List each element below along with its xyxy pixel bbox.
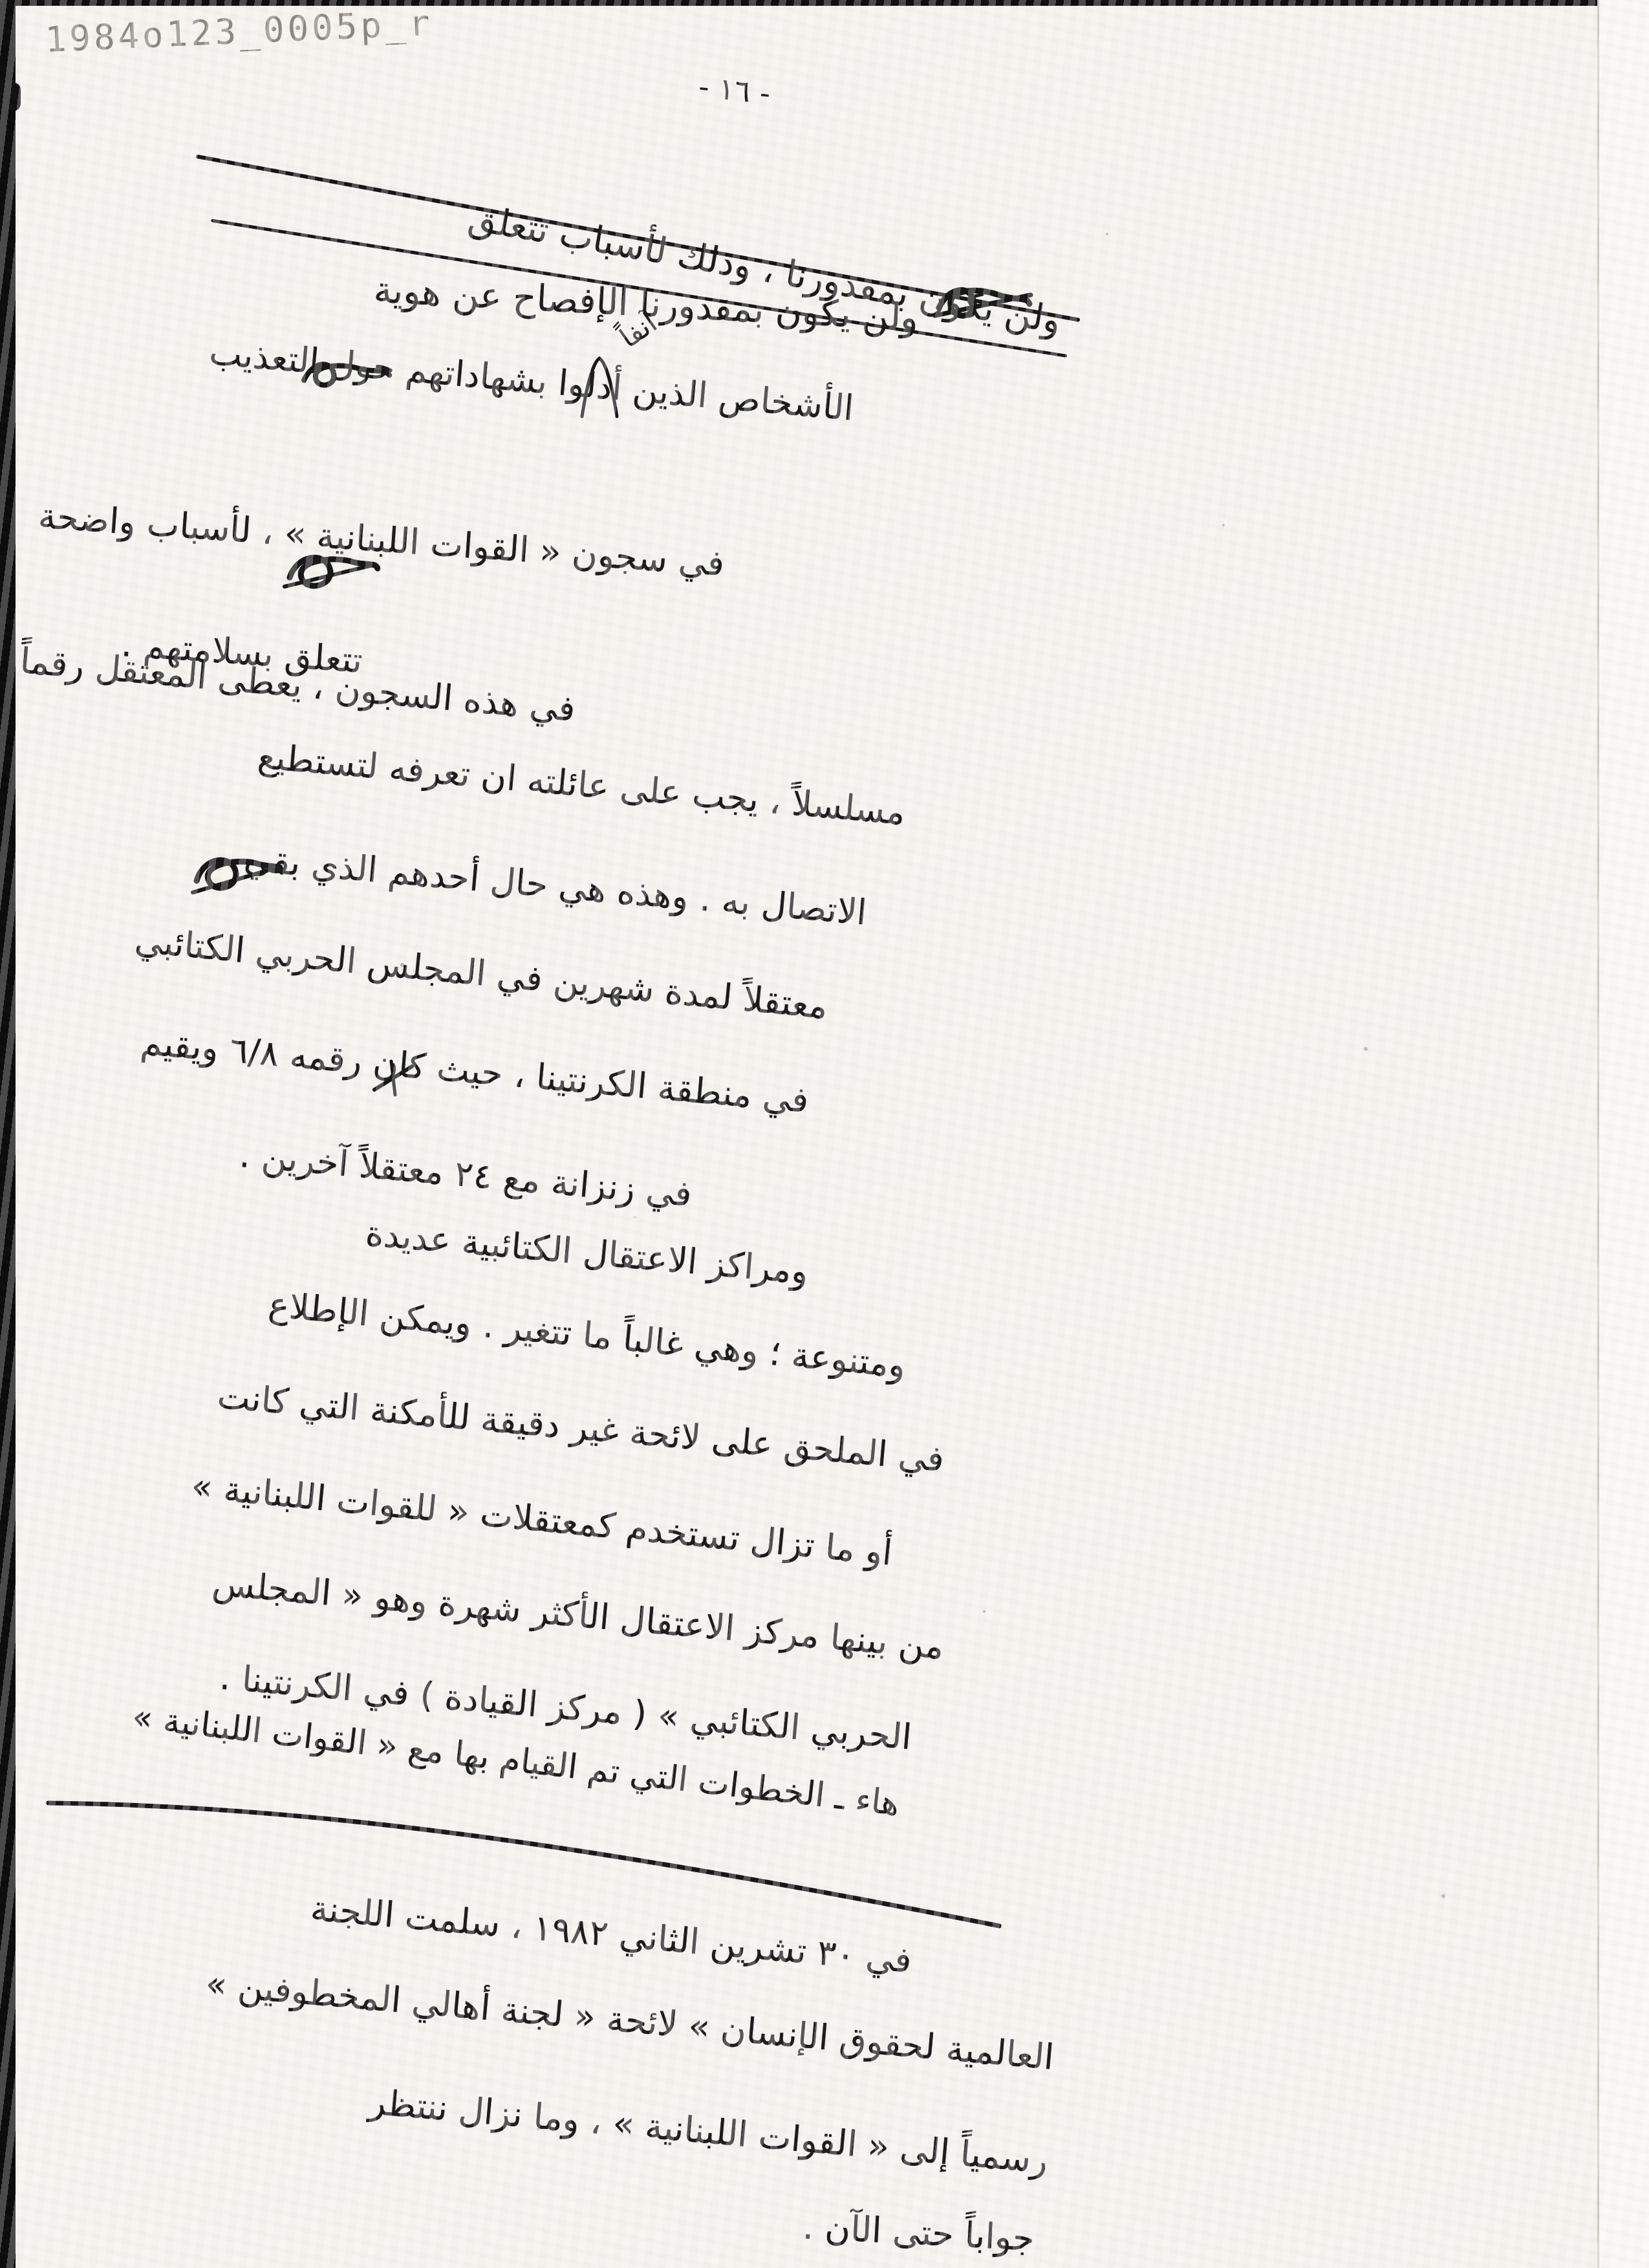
scanned-document-page: 1984o123_0005p_r - ١٦ - ولن يكون بمقدورن… bbox=[0, 0, 1649, 2268]
handwritten-line: ومتنوعة ؛ وهي غالباً ما تتغير . ويمكن ال… bbox=[266, 1284, 907, 1386]
handwritten-line: الأشخاص الذين أدلوا بشهاداتهم حول التعذي… bbox=[208, 332, 856, 429]
scan-edge-left bbox=[0, 0, 16, 2268]
scan-edge-top bbox=[0, 0, 1649, 6]
handwritten-line: العالمية لحقوق الإنسان » لائحة « لجنة أه… bbox=[204, 1963, 1056, 2078]
handwritten-line: مسلسلاً ، يجب على عائلته ان تعرفه لتستطي… bbox=[256, 736, 907, 833]
handwritten-line: رسمياً إلى « القوات اللبنانية » ، وما نز… bbox=[367, 2081, 1050, 2181]
handwritten-line: في منطقة الكرنتينا ، حيث كان رقمه ٦/٨ وي… bbox=[139, 1022, 810, 1121]
pencil-catalog-number: 1984o123_0005p_r bbox=[45, 3, 434, 60]
handwritten-line: الاتصال به . وهذه هي حال أحدهم الذي بقي bbox=[242, 838, 868, 933]
scribble-mark bbox=[931, 278, 1035, 330]
paper-specks bbox=[0, 0, 3, 3]
handwritten-line: من بينها مركز الاعتقال الأكثر شهرة وهو «… bbox=[211, 1562, 946, 1667]
paper-right-margin bbox=[1599, 0, 1649, 2268]
handwritten-line: في الملحق على لائحة غير دقيقة للأمكنة ال… bbox=[216, 1376, 946, 1480]
page-number: - ١٦ - bbox=[696, 69, 772, 111]
paper-right-edge bbox=[1597, 0, 1599, 2268]
handwritten-line: في زنزانة مع ٢٤ معتقلاً آخرين . bbox=[238, 1134, 694, 1215]
handwritten-line: ومراكز الاعتقال الكتائبية عديدة bbox=[364, 1213, 810, 1292]
handwritten-line: أو ما تزال تستخدم كمعتقلات « للقوات اللب… bbox=[189, 1465, 894, 1573]
handwritten-line: جواباً حتى الآن . bbox=[802, 2206, 1035, 2259]
handwritten-line: معتقلاً لمدة شهرين في المجلس الحربي الكت… bbox=[133, 920, 830, 1027]
scan-edge-notch bbox=[0, 83, 21, 111]
